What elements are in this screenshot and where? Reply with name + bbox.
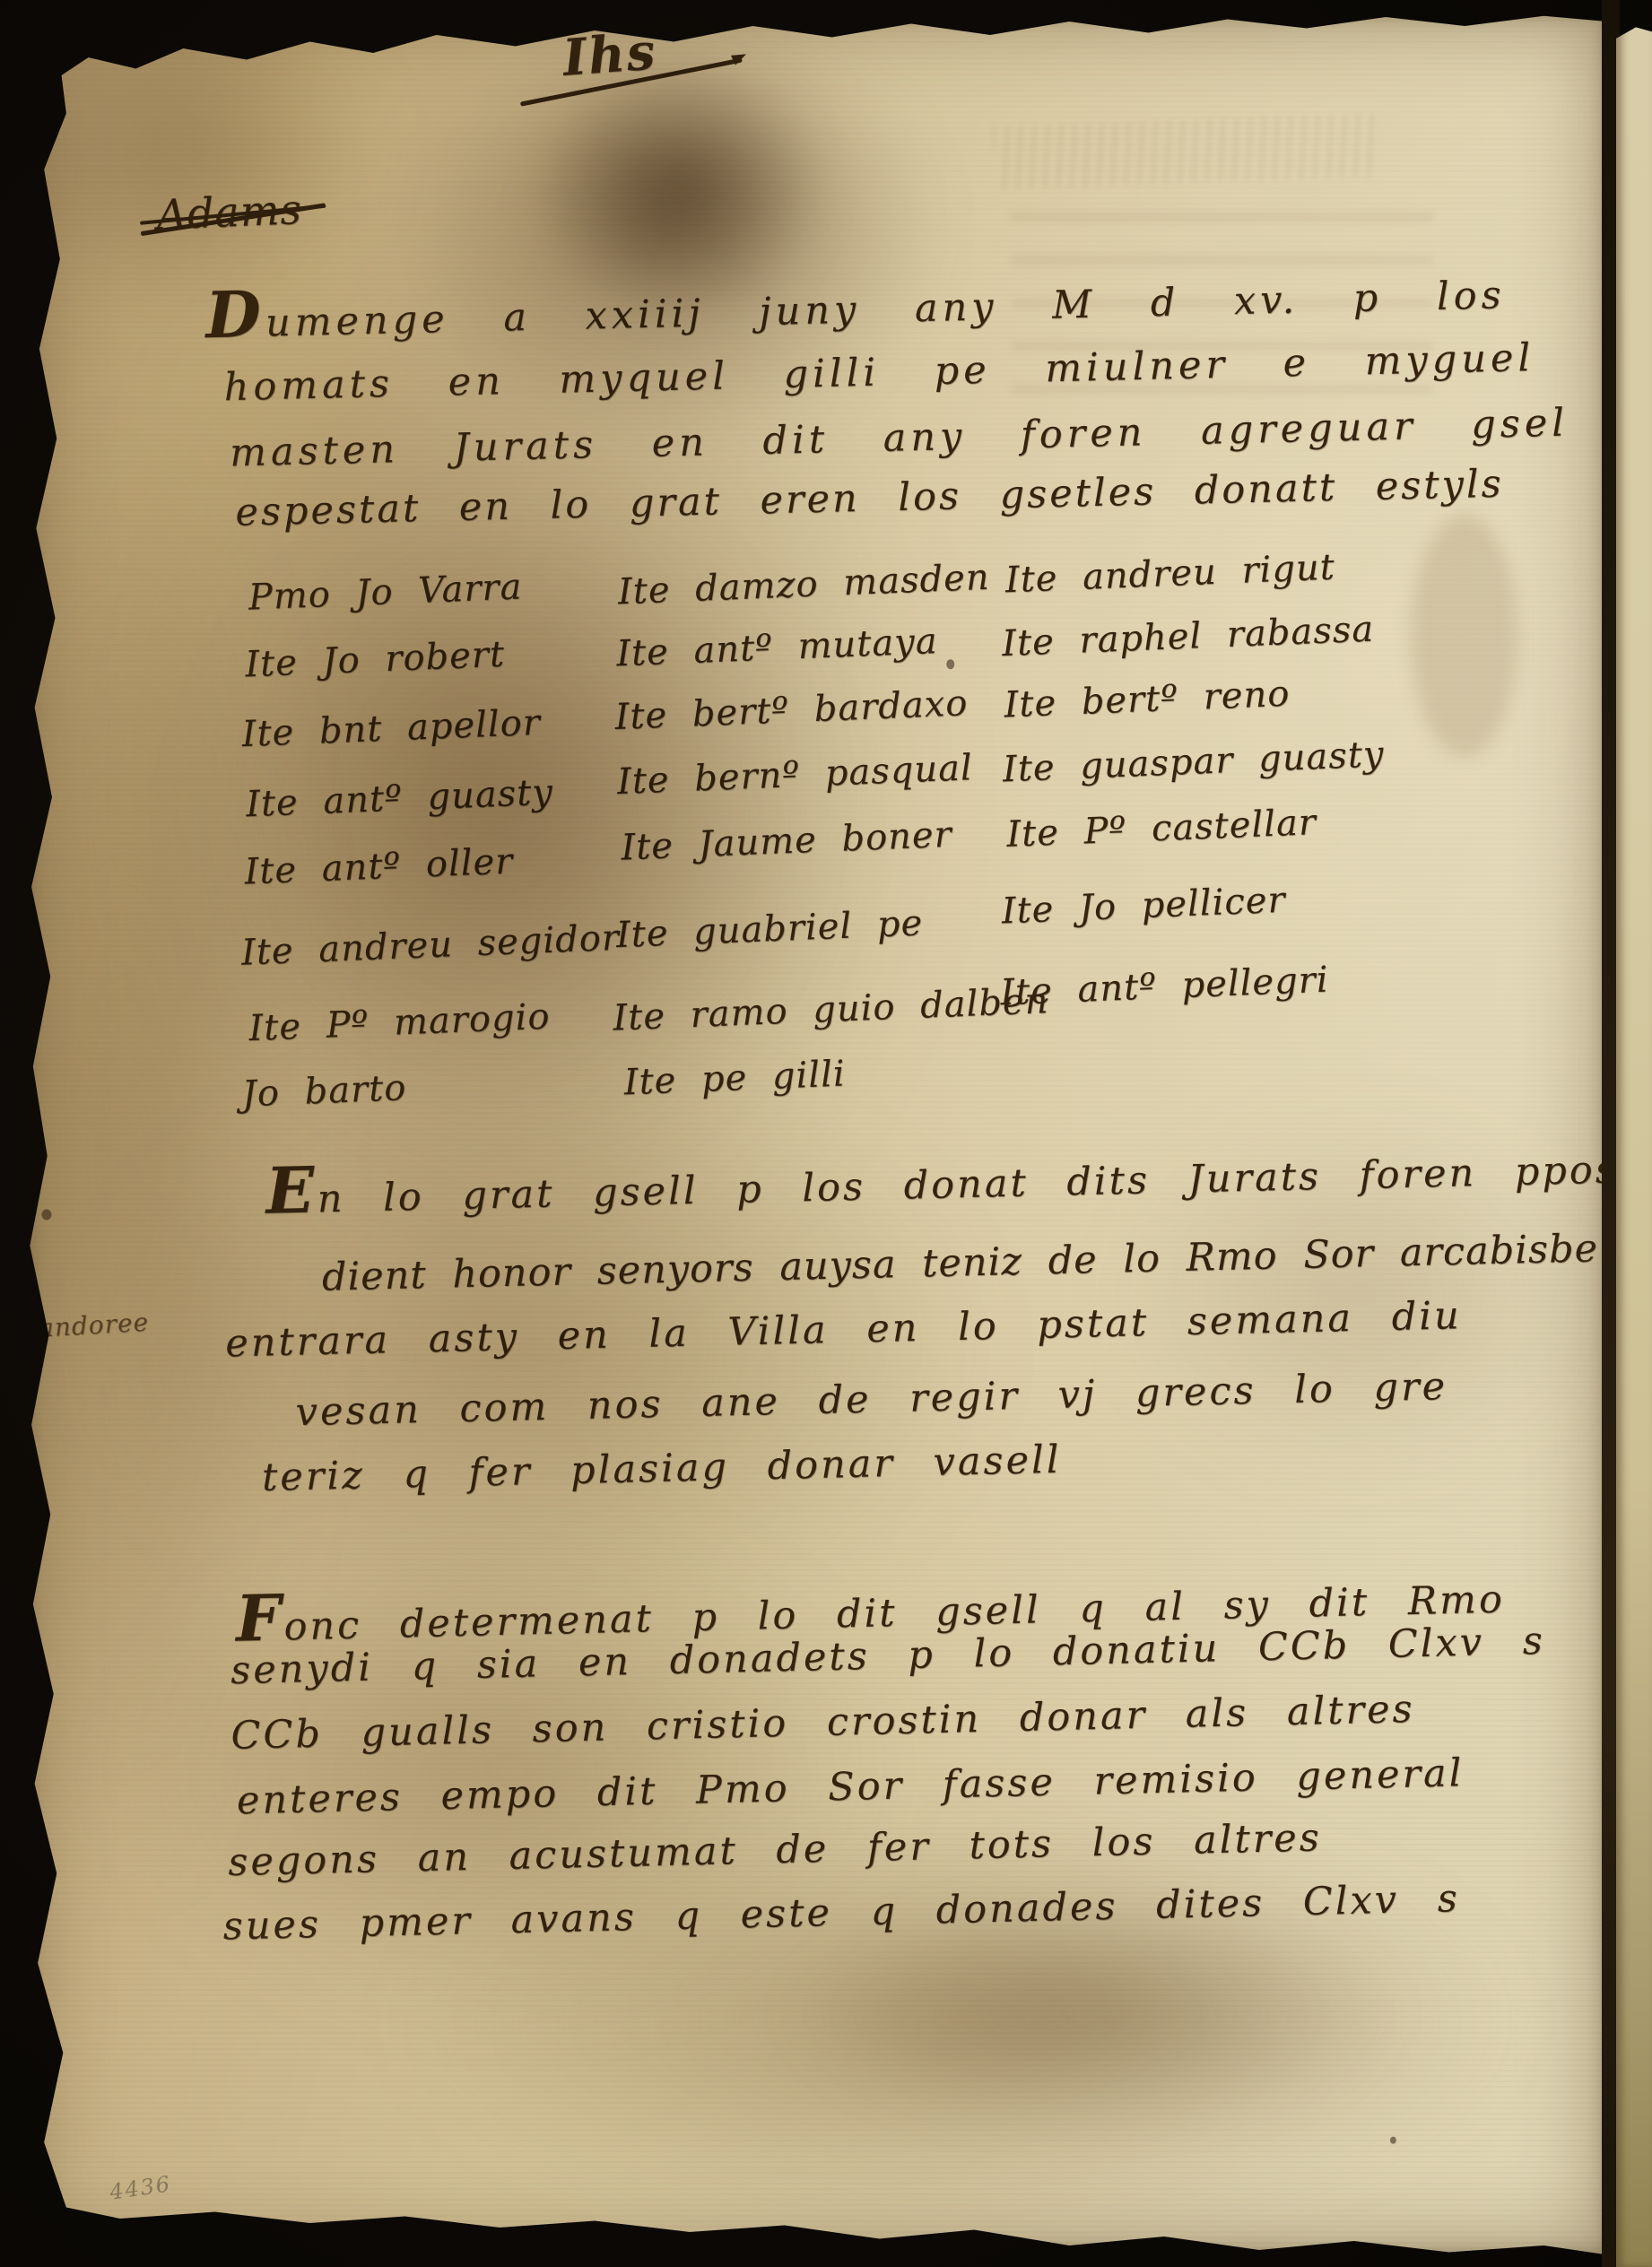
council-line: teriz q fer plasiag donar vasell xyxy=(262,1441,1062,1498)
photo-backdrop: 454 Ihs Adams Dumenge a xxiiij juny any … xyxy=(0,0,1652,2267)
attendee-name: Ite ramo guio dalben xyxy=(613,983,1049,1036)
attendee-name: Ite antº oller xyxy=(244,844,514,890)
ink-fleck xyxy=(946,659,954,669)
resolution-line: sues pmer avans q este q donades dites C… xyxy=(222,1880,1460,1946)
attendee-name: Ite antº pellegri xyxy=(999,962,1329,1012)
margin-note: andoree xyxy=(38,1310,149,1342)
resolution-line: enteres empo dit Pmo Sor fasse remisio g… xyxy=(237,1754,1465,1820)
council-line: entrara asty en la Villa en lo pstat sem… xyxy=(225,1297,1462,1363)
heading-line: masten Jurats en dit any foren agreguar … xyxy=(230,404,1569,473)
attendee-name: Ite guabriel pe xyxy=(615,905,924,953)
attendee-name: Ite guaspar guasty xyxy=(1002,736,1385,787)
attendee-name: Pmo Jo Varra xyxy=(248,569,523,615)
attendee-name: Ite damzo masden xyxy=(617,560,990,611)
council-line: En lo grat gsell p los donat dits Jurats… xyxy=(265,1127,1652,1222)
folio-number: 454 xyxy=(83,26,151,66)
manuscript-page: 454 Ihs Adams Dumenge a xxiiij juny any … xyxy=(25,13,1607,2254)
ink-fleck xyxy=(1390,2137,1396,2144)
attendee-name: Ite pe gilli xyxy=(623,1056,846,1101)
attendee-name: Ite Jo pellicer xyxy=(1001,882,1286,930)
resolution-line: segons an acustumat de fer tots los altr… xyxy=(228,1819,1322,1882)
council-line: dient honor senyors auysa teniz de lo Rm… xyxy=(321,1224,1652,1297)
attendee-name: Ite antº guasty xyxy=(245,775,553,823)
adjacent-page-edge xyxy=(1616,0,1652,2267)
struck-heading: Adams xyxy=(156,188,303,235)
christogram-ihs: Ihs xyxy=(561,26,658,83)
heading-line: Dumenge a xxiiij juny any M d xv. p los xyxy=(205,254,1507,347)
attendee-name: Ite raphel rabassa xyxy=(1001,612,1374,663)
attendee-name: Jo barto xyxy=(241,1070,407,1112)
resolution-line: CCb gualls son cristio crostin donar als… xyxy=(230,1690,1415,1756)
attendee-name: Ite antº mutaya xyxy=(616,623,939,672)
page-content: 454 Ihs Adams Dumenge a xxiiij juny any … xyxy=(19,8,1613,2258)
attendee-name: Ite bertº bardaxo xyxy=(614,685,969,735)
heading-line: espestat en lo grat eren los gsetles don… xyxy=(235,465,1504,533)
attendee-name: Ite bertº reno xyxy=(1004,676,1291,724)
council-line: vesan com nos ane de regir vj grecs lo g… xyxy=(295,1368,1448,1432)
attendee-name: Ite Jaume boner xyxy=(621,817,953,866)
attendee-name: Ite Pº castellar xyxy=(1006,804,1317,853)
attendee-name: Ite bnt apellor xyxy=(241,705,542,752)
heading-line: homats en myquel gilli pe miulner e mygu… xyxy=(223,339,1535,407)
attendee-name: Ite Pº marogio xyxy=(248,999,552,1047)
attendee-name: Ite Jo robert xyxy=(245,637,506,683)
attendee-name: Ite andreu rigut xyxy=(1004,550,1335,599)
ink-fleck xyxy=(41,1209,51,1220)
bottom-pencil-mark: 4436 xyxy=(108,2171,172,2205)
attendee-name: Ite bernº pasqual xyxy=(616,750,973,800)
attendee-name: Ite andreu segidor xyxy=(240,920,620,971)
